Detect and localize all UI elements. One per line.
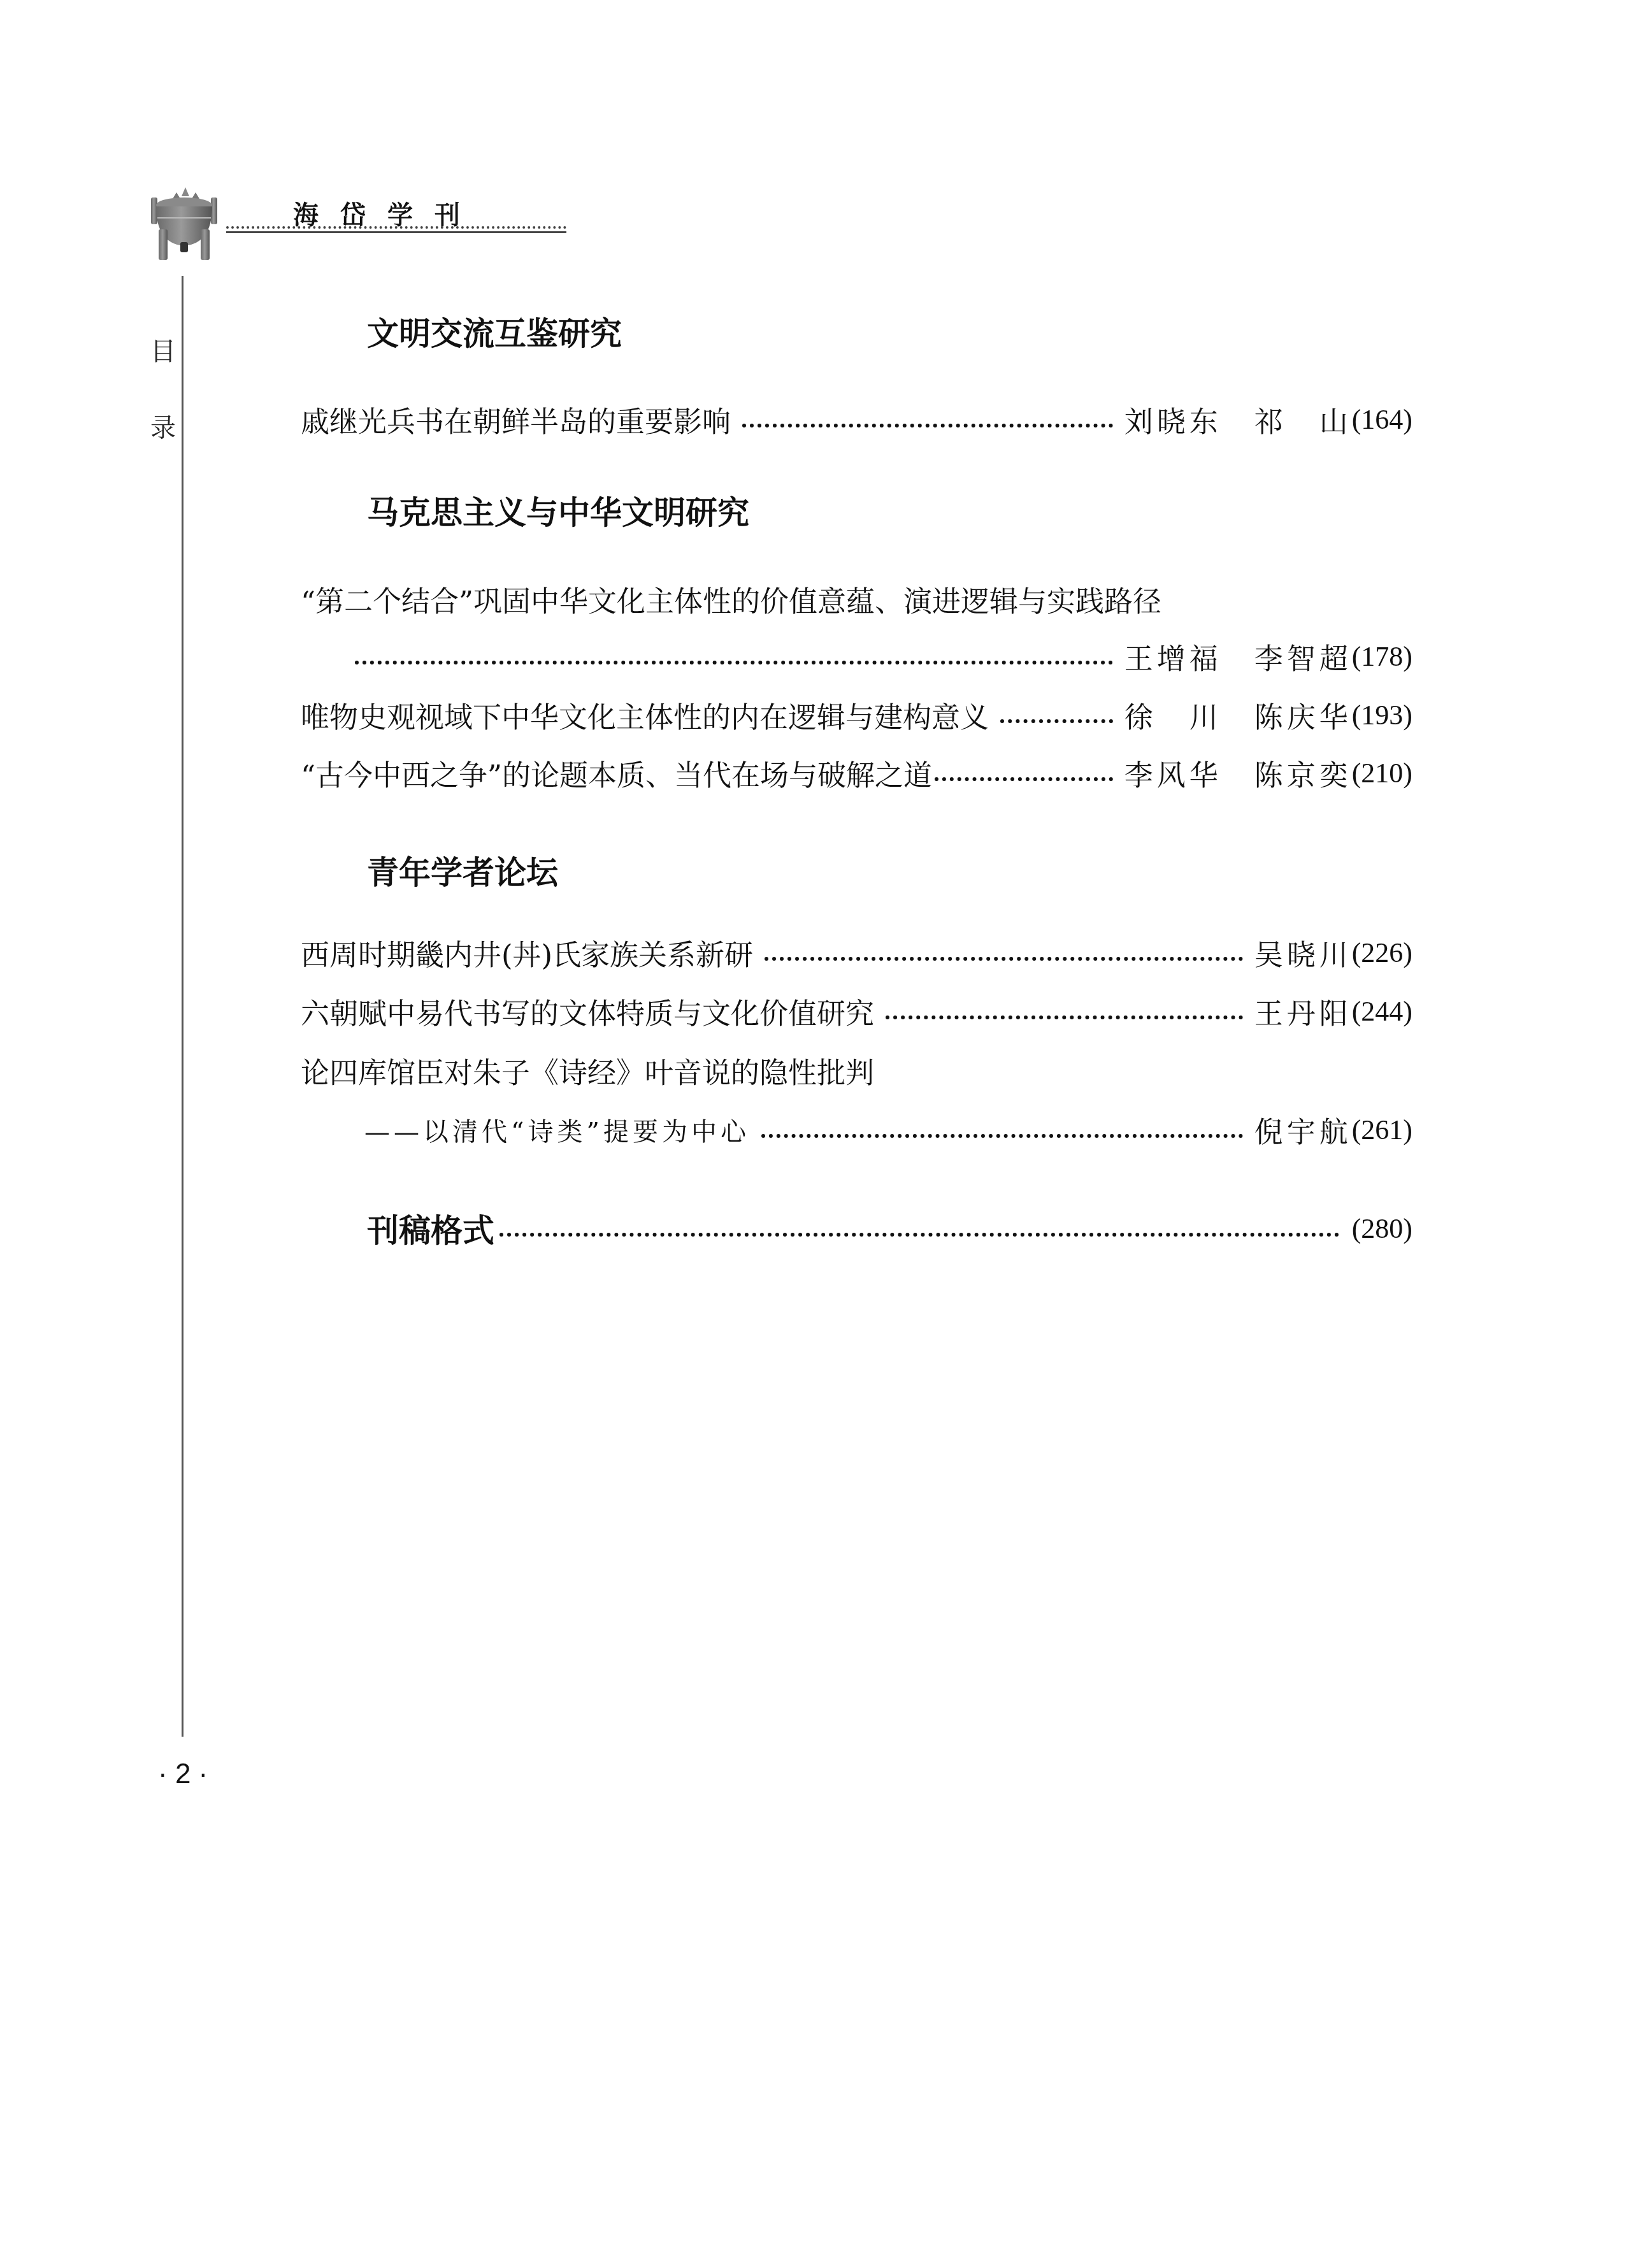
entry-authors: 王丹阳 [1254, 991, 1352, 1032]
section-title: 马克思主义与中华文明研究 [367, 487, 749, 533]
entry-authors: 徐 川 陈庆华 [1124, 694, 1352, 736]
entry-title: 六朝赋中易代书写的文体特质与文化价值研究 [301, 991, 874, 1032]
header-rule [226, 231, 566, 233]
entry-page: (280) [1352, 1212, 1412, 1245]
leader-dots [1000, 719, 1113, 723]
toc-entry-title-line[interactable]: “第二个结合”巩固中华文化主体性的价值意蕴、演进逻辑与实践路径 [301, 580, 1412, 618]
side-label-mu: 目 [150, 331, 176, 368]
ding-vessel-icon [148, 185, 220, 264]
entry-authors: 刘晓东 祁 山 [1124, 399, 1352, 440]
toc-entry-continuation[interactable]: 王增福 李智超 (178) [355, 637, 1412, 675]
toc-entry[interactable]: “古今中西之争”的论题本质、当代在场与破解之道 李风华 陈京奕 (210) [301, 754, 1412, 792]
entry-title: 论四库馆臣对朱子《诗经》叶音说的隐性批判 [301, 1050, 874, 1091]
leader-dots [886, 1016, 1243, 1019]
entry-page: (210) [1352, 757, 1412, 789]
leader-dots [935, 777, 1113, 781]
entry-authors: 王增福 李智超 [1124, 636, 1352, 677]
toc-entry-submission-format[interactable]: 刊稿格式 (280) [367, 1209, 1412, 1247]
toc-entry[interactable]: 六朝赋中易代书写的文体特质与文化价值研究 王丹阳 (244) [301, 992, 1412, 1030]
toc-entry[interactable]: 西周时期畿内井(丼)氏家族关系新研 吴晓川 (226) [301, 933, 1412, 972]
section-title: 文明交流互鉴研究 [367, 308, 622, 354]
entry-page: (226) [1352, 937, 1412, 969]
section-title: 青年学者论坛 [367, 847, 558, 893]
leader-dots [742, 424, 1113, 427]
toc-entry[interactable]: 戚继光兵书在朝鲜半岛的重要影响 刘晓东 祁 山 (164) [301, 400, 1412, 438]
page-number: · 2 · [158, 1758, 208, 1790]
entry-authors: 倪宇航 [1254, 1109, 1352, 1151]
header-dotted-rule [226, 226, 566, 229]
leader-dots [355, 661, 1113, 664]
entry-page: (193) [1352, 699, 1412, 731]
toc-entry-title-line[interactable]: 论四库馆臣对朱子《诗经》叶音说的隐性批判 [301, 1051, 1412, 1089]
entry-page: (261) [1352, 1114, 1412, 1146]
toc-entry[interactable]: 唯物史观视域下中华文化主体性的内在逻辑与建构意义 徐 川 陈庆华 (193) [301, 696, 1412, 734]
entry-title: 戚继光兵书在朝鲜半岛的重要影响 [301, 399, 731, 440]
entry-title: 唯物史观视域下中华文化主体性的内在逻辑与建构意义 [301, 694, 989, 736]
entry-title: 西周时期畿内井(丼)氏家族关系新研 [301, 932, 753, 973]
entry-subtitle: ——以清代“诗类”提要为中心 [364, 1112, 750, 1148]
leader-dots [761, 1134, 1243, 1138]
entry-title: “第二个结合”巩固中华文化主体性的价值意蕴、演进逻辑与实践路径 [301, 578, 1161, 620]
entry-page: (244) [1352, 995, 1412, 1028]
entry-title: 刊稿格式 [367, 1205, 494, 1251]
entry-authors: 吴晓川 [1254, 932, 1352, 973]
side-vertical-rule [182, 276, 183, 1737]
entry-title: “古今中西之争”的论题本质、当代在场与破解之道 [301, 752, 932, 794]
toc-entry-subtitle-line[interactable]: ——以清代“诗类”提要为中心 倪宇航 (261) [364, 1110, 1412, 1149]
leader-dots [499, 1233, 1339, 1237]
leader-dots [765, 957, 1243, 961]
entry-page: (164) [1352, 403, 1412, 436]
entry-authors: 李风华 陈京奕 [1124, 752, 1352, 794]
side-label-lu: 录 [150, 408, 176, 444]
entry-page: (178) [1352, 640, 1412, 673]
